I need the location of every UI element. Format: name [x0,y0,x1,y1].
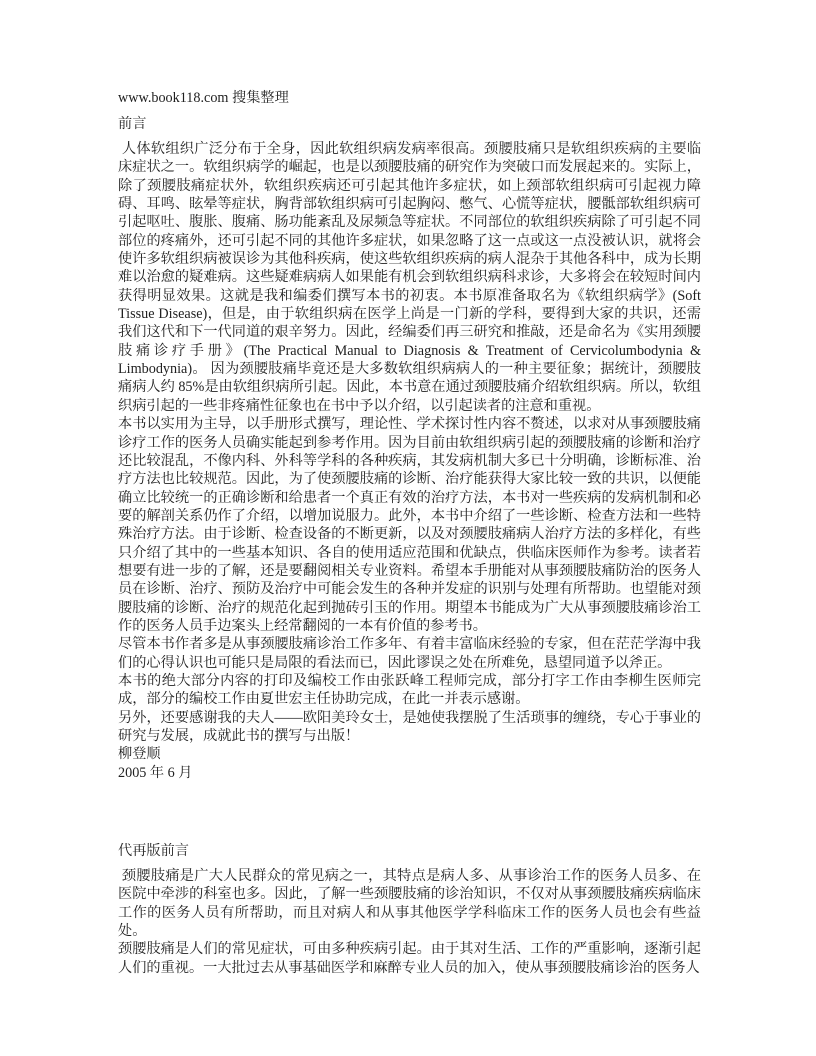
document-page: www.book118.com 搜集整理 前言 人体软组织广泛分布于全身，因此软… [0,0,816,1056]
author-signature: 柳登顺 [118,745,701,763]
signature-date: 2005 年 6 月 [118,764,701,782]
section-reprint-preface: 代再版前言 颈腰肢痛是广大人民群众的常见病之一，其特点是病人多、从事诊治工作的医… [118,841,701,977]
watermark-text: www.book118.com 搜集整理 [118,88,701,108]
reprint-preface-paragraph-2: 颈腰肢痛是人们的常见症状，可由多种疾病引起。由于其对生活、工作的严重影响，逐渐引… [118,940,701,977]
section-preface: 前言 人体软组织广泛分布于全身，因此软组织病发病率很高。颈腰肢痛只是软组织疾病的… [118,114,701,782]
preface-paragraph-2: 本书以实用为主导，以手册形式撰写，理论性、学术探讨性内容不赘述，以求对从事颈腰肢… [118,415,701,635]
reprint-preface-paragraph-1: 颈腰肢痛是广大人民群众的常见病之一，其特点是病人多、从事诊治工作的医务人员多、在… [118,867,701,940]
preface-paragraph-5: 另外，还要感谢我的夫人——欧阳美玲女士，是她使我摆脱了生活琐事的缠绕，专心于事业… [118,709,701,746]
preface-title: 前言 [118,114,701,134]
page-content: www.book118.com 搜集整理 前言 人体软组织广泛分布于全身，因此软… [118,88,701,977]
reprint-preface-title: 代再版前言 [118,841,701,861]
preface-paragraph-1: 人体软组织广泛分布于全身，因此软组织病发病率很高。颈腰肢痛只是软组织疾病的主要临… [118,140,701,415]
preface-paragraph-3: 尽管本书作者多是从事颈腰肢痛诊治工作多年、有着丰富临床经验的专家，但在茫茫学海中… [118,635,701,672]
preface-paragraph-4: 本书的绝大部分内容的打印及编校工作由张跃峰工程师完成，部分打字工作由李柳生医师完… [118,672,701,709]
